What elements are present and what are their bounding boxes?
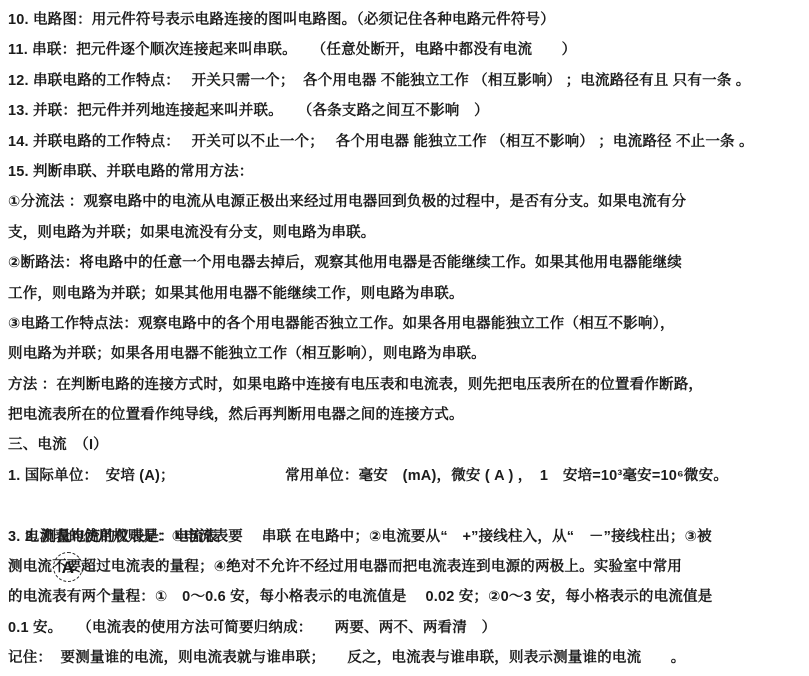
- line-ammeter-instrument: 2. 测量电流的仪表是：电流表 A: [8, 491, 805, 521]
- line-14-parallel-circuit-features: 14. 并联电路的工作特点： 开关可以不止一个； 各个用电器 能独立工作 （相互…: [8, 127, 805, 157]
- line-method2-break-circuit-part1: ②断路法：将电路中的任意一个用电器去掉后，观察其他用电器是否能继续工作。如果其他…: [8, 248, 805, 278]
- line-12-series-circuit-features: 12. 串联电路的工作特点： 开关只需一个； 各个用电器 不能独立工作 （相互影…: [8, 66, 805, 96]
- line-method2-break-circuit-part2: 工作，则电路为并联；如果其他用电器不能继续工作，则电路为串联。: [8, 279, 805, 309]
- line-method1-flow-split-part2: 支，则电路为并联；如果电流没有分支，则电路为串联。: [8, 218, 805, 248]
- line-13-parallel-definition: 13. 并联：把元件并列地连接起来叫并联。 （各条支路之间互不影响 ）: [8, 96, 805, 126]
- line-11-series-definition: 11. 串联：把元件逐个顺次连接起来叫串联。 （任意处断开，电路中都没有电流 ）: [8, 35, 805, 65]
- line-ammeter-rules-part1: 3. 电流表的使用规则是：①电流表要 串联 在电路中；②电流要从“ +”接线柱入…: [8, 522, 805, 552]
- line-meter-judging-tip-part2: 把电流表所在的位置看作纯导线，然后再判断用电器之间的连接方式。: [8, 400, 805, 430]
- section-heading-current: 三、电流 （I）: [8, 430, 805, 460]
- line-meter-judging-tip-part1: 方法 ：在判断电路的连接方式时，如果电路中连接有电压表和电流表，则先把电压表所在…: [8, 370, 805, 400]
- physics-notes-document: 10. 电路图：用元件符号表示电路连接的图叫电路图。（必须记住各种电路元件符号）…: [0, 0, 809, 676]
- line-ammeter-ranges-part2: 0.1 安。 （电流表的使用方法可简要归纳成： 两要、两不、两看清 ）: [8, 613, 805, 643]
- line-current-units: 1. 国际单位： 安培 (A)； 常用单位：毫安 (mA)，微安 ( A ) ，…: [8, 461, 805, 491]
- line-method1-flow-split-part1: ①分流法 ：观察电路中的电流从电源正极出来经过用电器回到负极的过程中，是否有分支…: [8, 187, 805, 217]
- line-10-circuit-diagram-definition: 10. 电路图：用元件符号表示电路连接的图叫电路图。（必须记住各种电路元件符号）: [8, 5, 805, 35]
- line-method3-work-feature-part2: 则电路为并联；如果各用电器不能独立工作（相互影响），则电路为串联。: [8, 339, 805, 369]
- line-ammeter-ranges-part1: 的电流表有两个量程：① 0～0.6 安，每小格表示的电流值是 0.02 安；②0…: [8, 582, 805, 612]
- line-ammeter-rules-part2: 测电流不要超过电流表的量程；④绝对不允许不经过用电器而把电流表连到电源的两极上。…: [8, 552, 805, 582]
- line-method3-work-feature-part1: ③电路工作特点法：观察电路中的各个用电器能否独立工作。如果各用电器能独立工作（相…: [8, 309, 805, 339]
- line-remember-rule: 记住： 要测量谁的电流，则电流表就与谁串联； 反之，电流表与谁串联，则表示测量谁…: [8, 643, 805, 673]
- line-15-judging-methods-heading: 15. 判断串联、并联电路的常用方法：: [8, 157, 805, 187]
